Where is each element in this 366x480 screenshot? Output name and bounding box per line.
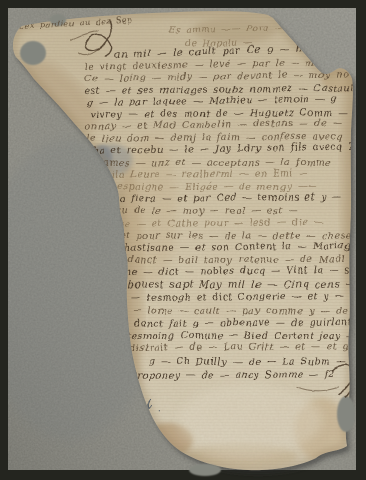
manuscript-scan: Lex pardieu au dez Sep Es ammu —— Pora —… (0, 0, 366, 480)
manuscript-scan-page: Lex pardieu au dez Sep Es ammu —— Pora —… (0, 0, 366, 480)
manuscript-line: mila Leure — realherml — en Emi — (101, 167, 308, 180)
manuscript-line: distrait — de — Lau Gritt — et — et guil… (129, 340, 366, 353)
manuscript-line: — tesmogh et dict Congerie — et y — de (130, 290, 362, 303)
manuscript-line: ha fiera — et par Ced — temoins et y — (112, 191, 342, 204)
manuscript-line: g — Ch Duilly — de — La Subm — — (148, 356, 361, 367)
manuscript-line: hastisane — et son Content la — Mariage (123, 240, 356, 253)
manuscript-line: bouest sapt May mil le — Cinq cens — g (127, 279, 366, 290)
manuscript-line: ne — dict — nobles ducq — Vint la — somm (124, 264, 366, 277)
manuscript-line: d espaigne — Eligée — de mengy —— (104, 181, 317, 192)
title-line: Es ammu —— Pora — (167, 23, 283, 35)
manuscript-line: danct — bail tanoy retenue — de Madl (127, 254, 344, 265)
manuscript-line: au de le — moy — real — est — (115, 205, 298, 216)
manuscript-line: — lome — cault — pay comme y — de — e (132, 305, 366, 316)
manuscript-line: danct fait g — abbenave — de guirlant ge… (133, 316, 366, 329)
manuscript-line: ge — et Cathe pour — lesd — die — (117, 216, 323, 229)
manuscript-line: Proponey — de — ancy Somme — f2 (129, 368, 334, 381)
